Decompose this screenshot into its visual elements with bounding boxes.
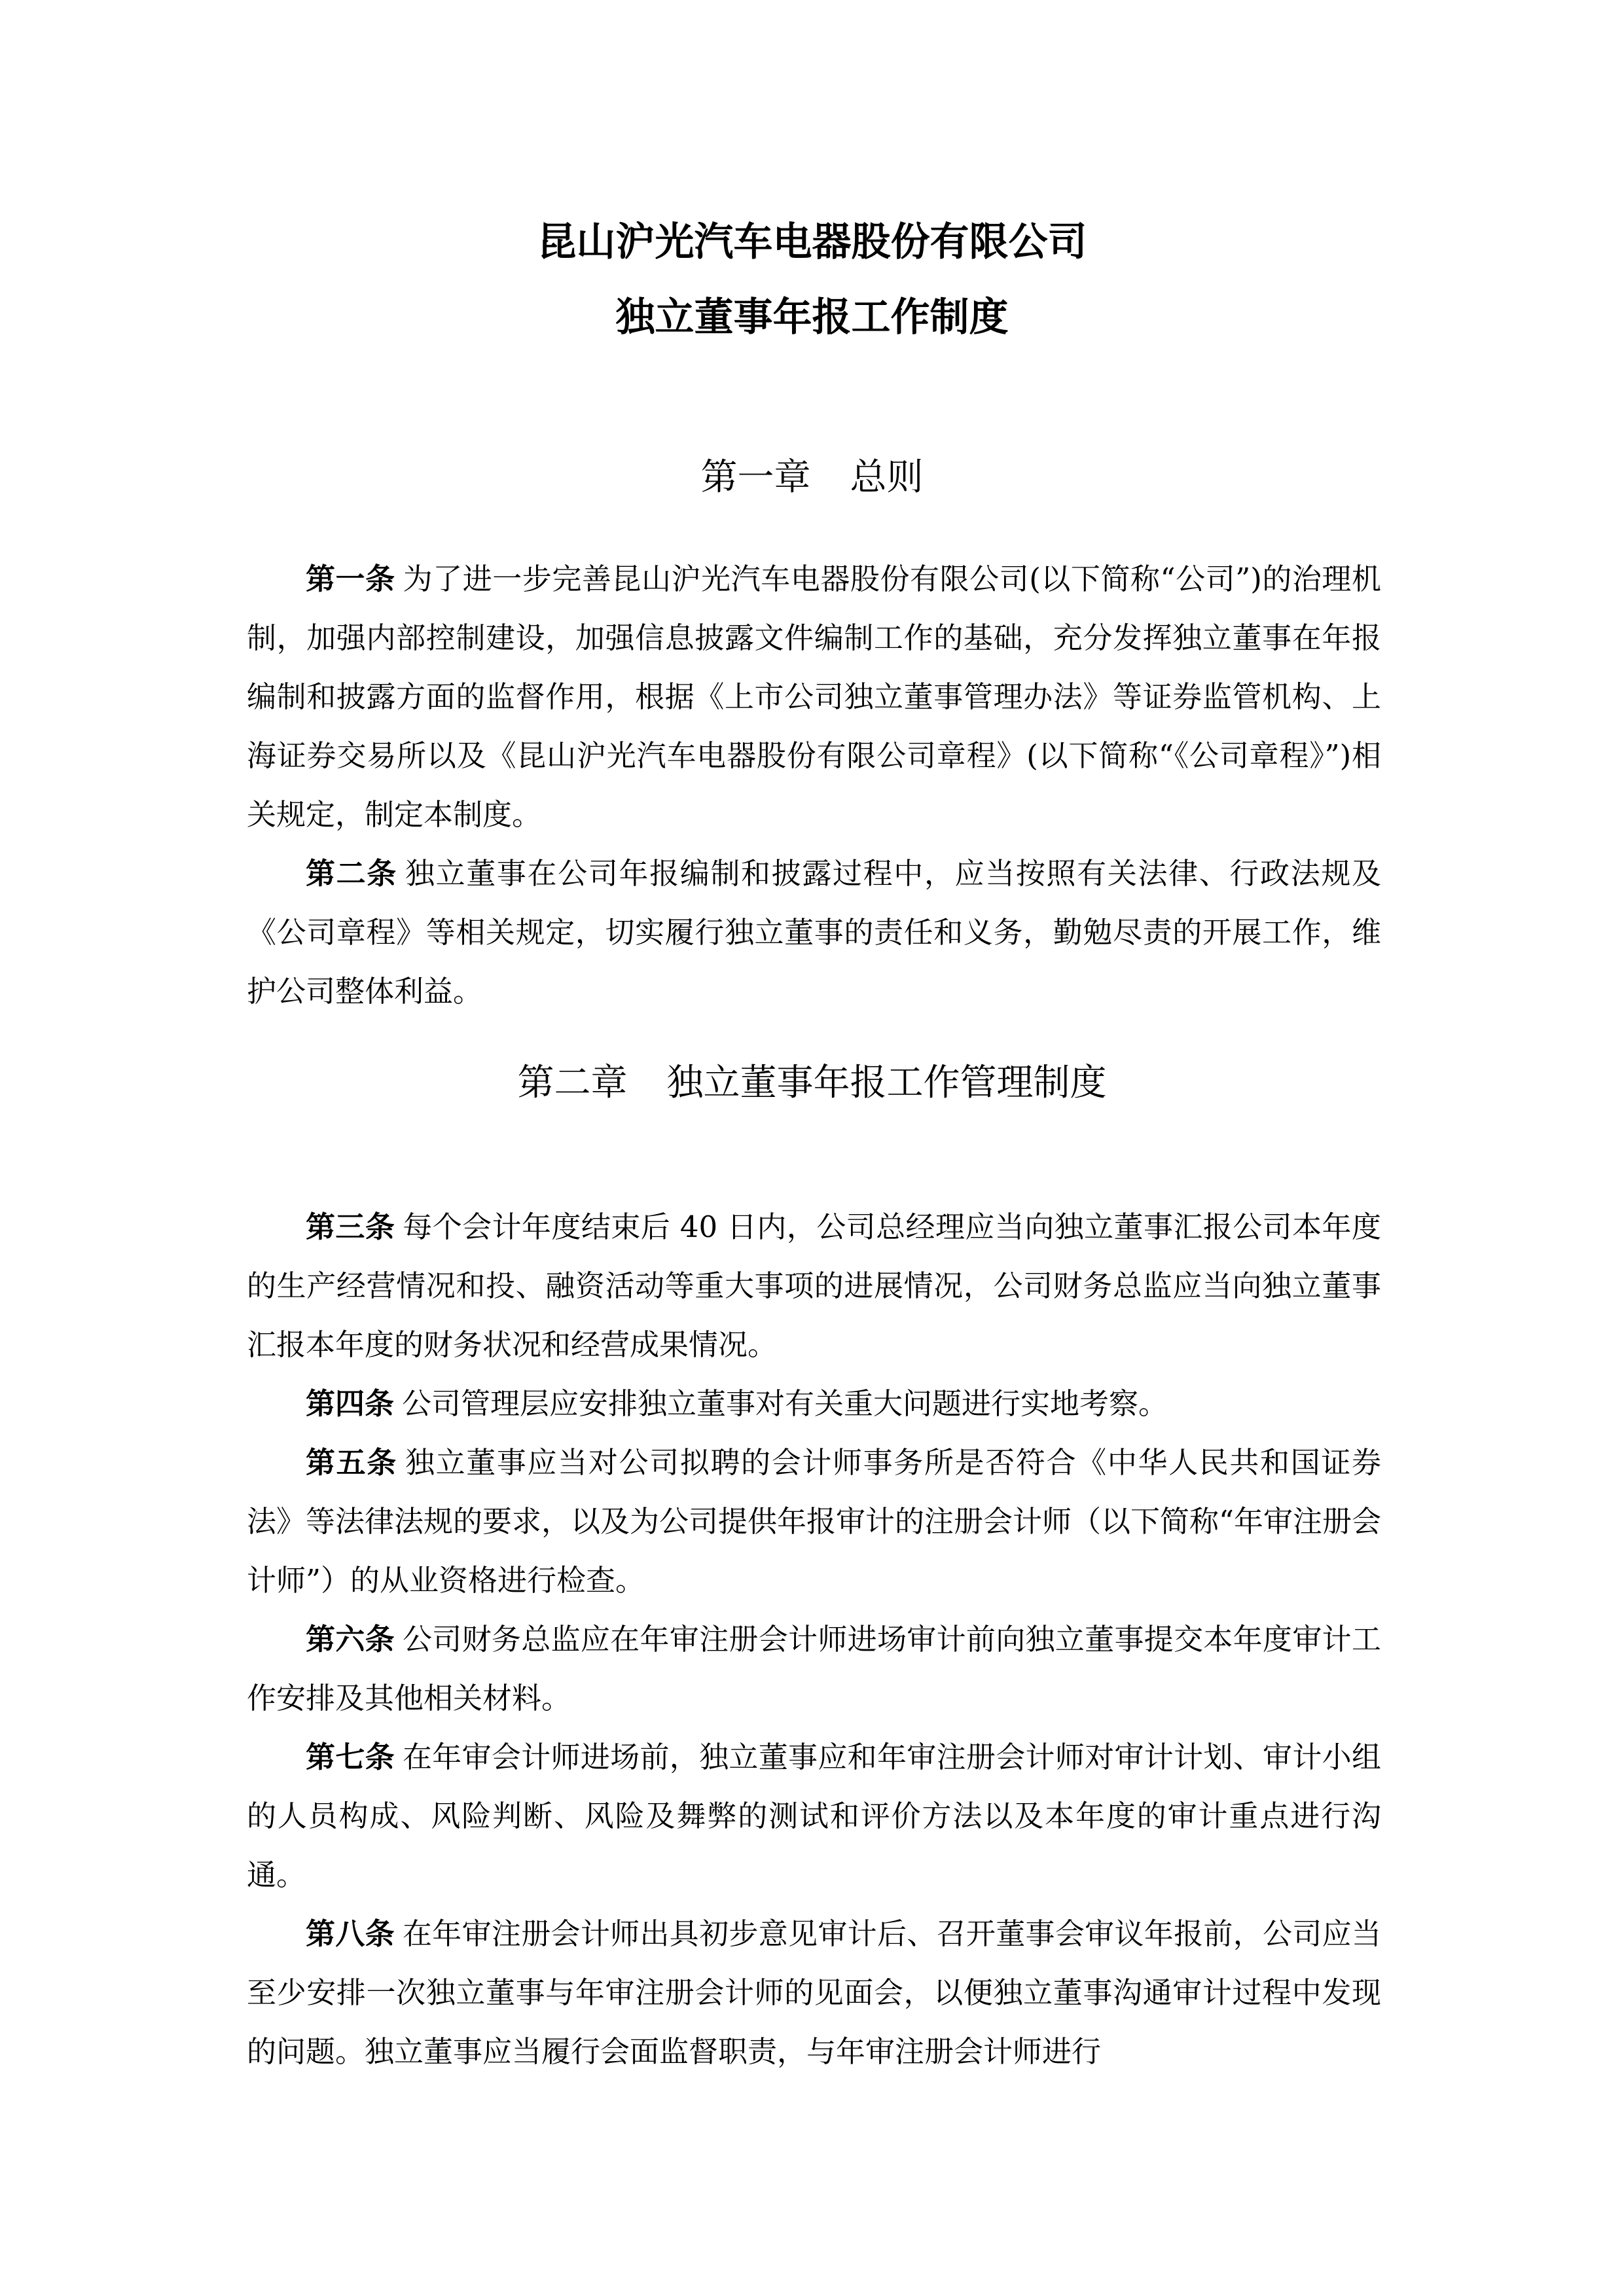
article-8: 第八条在年审注册会计师出具初步意见审计后、召开董事会审议年报前，公司应当至少安排… [247,1905,1381,2081]
chapter-title: 总则 [850,456,924,499]
chapter-number: 第一章 [701,456,811,499]
chapter-2-body: 第三条每个会计年度结束后 40 日内，公司总经理应当向独立董事汇报公司本年度的生… [247,1198,1381,2081]
document-title-company: 昆山沪光汽车电器股份有限公司 [0,216,1624,268]
article-label: 第二条 [306,856,397,891]
article-label: 第三条 [306,1210,395,1244]
article-label: 第七条 [306,1740,395,1774]
document-title-regulation: 独立董事年报工作制度 [0,291,1624,344]
article-3: 第三条每个会计年度结束后 40 日内，公司总经理应当向独立董事汇报公司本年度的生… [247,1198,1381,1374]
article-text: 在年审会计师进场前，独立董事应和年审注册会计师对审计计划、审计小组的人员构成、风… [247,1740,1381,1892]
article-label: 第六条 [306,1622,395,1657]
article-text: 公司财务总监应在年审注册会计师进场审计前向独立董事提交本年度审计工作安排及其他相… [247,1622,1381,1715]
article-2: 第二条独立董事在公司年报编制和披露过程中，应当按照有关法律、行政法规及《公司章程… [247,844,1381,1021]
chapter-number: 第二章 [518,1062,628,1104]
article-text: 独立董事在公司年报编制和披露过程中，应当按照有关法律、行政法规及《公司章程》等相… [247,856,1381,1009]
chapter-title: 独立董事年报工作管理制度 [667,1062,1107,1104]
article-1: 第一条为了进一步完善昆山沪光汽车电器股份有限公司(以下简称“公司”)的治理机制，… [247,550,1381,844]
article-text: 独立董事应当对公司拟聘的会计师事务所是否符合《中华人民共和国证券法》等法律法规的… [247,1445,1381,1598]
article-label: 第八条 [306,1916,395,1951]
article-4: 第四条公司管理层应安排独立董事对有关重大问题进行实地考察。 [247,1374,1381,1433]
article-text: 公司管理层应安排独立董事对有关重大问题进行实地考察。 [402,1386,1168,1421]
article-text: 为了进一步完善昆山沪光汽车电器股份有限公司(以下简称“公司”)的治理机制，加强内… [247,562,1381,832]
article-6: 第六条公司财务总监应在年审注册会计师进场审计前向独立董事提交本年度审计工作安排及… [247,1610,1381,1728]
chapter-1-body: 第一条为了进一步完善昆山沪光汽车电器股份有限公司(以下简称“公司”)的治理机制，… [247,550,1381,1021]
article-5: 第五条独立董事应当对公司拟聘的会计师事务所是否符合《中华人民共和国证券法》等法律… [247,1433,1381,1610]
article-text: 每个会计年度结束后 40 日内，公司总经理应当向独立董事汇报公司本年度的生产经营… [247,1210,1381,1362]
document-page: 昆山沪光汽车电器股份有限公司 独立董事年报工作制度 第一章总则 第一条为了进一步… [0,0,1624,2296]
article-label: 第一条 [306,562,395,596]
article-7: 第七条在年审会计师进场前，独立董事应和年审注册会计师对审计计划、审计小组的人员构… [247,1728,1381,1905]
article-text: 在年审注册会计师出具初步意见审计后、召开董事会审议年报前，公司应当至少安排一次独… [247,1916,1381,2069]
article-label: 第四条 [306,1386,394,1421]
chapter-heading-2: 第二章独立董事年报工作管理制度 [0,1057,1624,1109]
article-label: 第五条 [306,1445,397,1480]
chapter-heading-1: 第一章总则 [0,452,1624,504]
